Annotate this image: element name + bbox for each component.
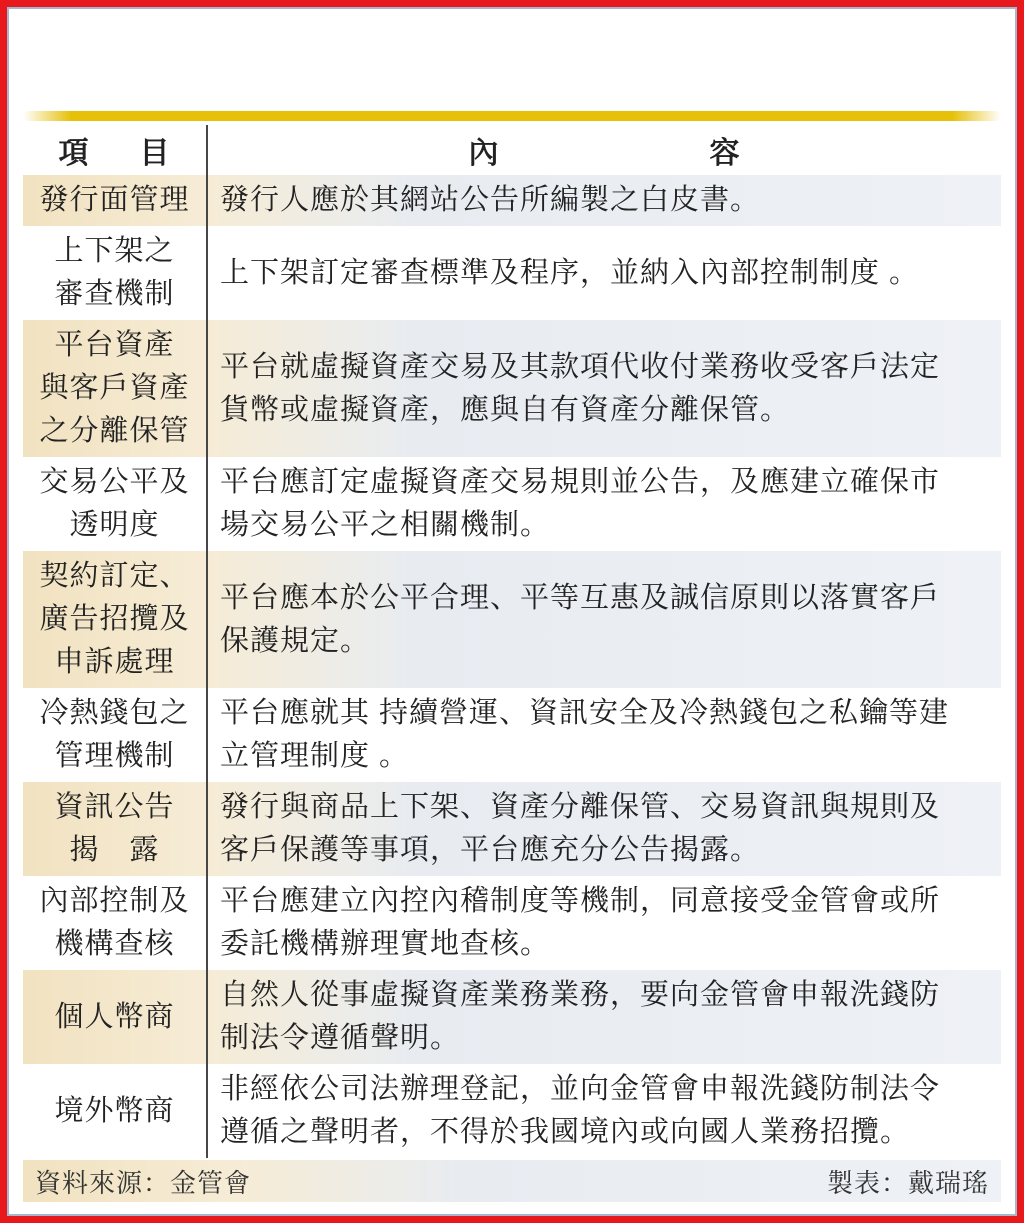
content-line: 發行與商品上下架、資產分離保管、交易資訊與規則及 bbox=[220, 786, 997, 829]
item-line: 機構查核 bbox=[54, 923, 174, 966]
table-footer: 資料來源：金管會 製表：戴瑞瑤 bbox=[23, 1160, 1001, 1202]
content-cell: 上下架訂定審查標準及程序，並納入內部控制制度 。 bbox=[208, 226, 1001, 320]
content-cell: 發行人應於其網站公告所編製之白皮書。 bbox=[208, 175, 1001, 226]
content-line: 制法令遵循聲明。 bbox=[220, 1017, 997, 1060]
item-line: 與客戶資產 bbox=[39, 367, 189, 410]
table-row: 個人幣商 自然人從事虛擬資產業務業務，要向金管會申報洗錢防制法令遵循聲明。 bbox=[23, 970, 1001, 1064]
content-line: 貨幣或虛擬資產，應與自有資產分離保管。 bbox=[220, 389, 997, 432]
item-line: 發行面管理 bbox=[39, 179, 189, 222]
item-cell: 交易公平及透明度 bbox=[23, 457, 208, 551]
item-line: 透明度 bbox=[69, 504, 159, 547]
table-row: 平台資產與客戶資產之分離保管 平台就虛擬資產交易及其款項代收付業務收受客戶法定貨… bbox=[23, 320, 1001, 457]
clipping-frame: 項 目 內 容 發行面管理 發行人應於其網站公告所編製之白皮書。 上下架之審查機… bbox=[0, 0, 1024, 1223]
content-column-header: 內 容 bbox=[208, 125, 1001, 175]
item-cell: 上下架之審查機制 bbox=[23, 226, 208, 320]
table-row: 境外幣商 非經依公司法辦理登記，並向金管會申報洗錢防制法令遵循之聲明者，不得於我… bbox=[23, 1064, 1001, 1158]
content-line: 平台就虛擬資產交易及其款項代收付業務收受客戶法定 bbox=[220, 346, 997, 389]
content-cell: 平台應就其 持續營運、資訊安全及冷熱錢包之私鑰等建立管理制度 。 bbox=[208, 688, 1001, 782]
item-line: 平台資產 bbox=[54, 324, 174, 367]
item-cell: 契約訂定、廣告招攬及申訴處理 bbox=[23, 551, 208, 688]
item-line: 審查機制 bbox=[54, 273, 174, 316]
table-panel: 項 目 內 容 發行面管理 發行人應於其網站公告所編製之白皮書。 上下架之審查機… bbox=[7, 7, 1017, 1216]
item-line: 申訴處理 bbox=[54, 641, 174, 684]
content-line: 平台應本於公平合理、平等互惠及誠信原則以落實客戶 bbox=[220, 577, 997, 620]
item-line: 個人幣商 bbox=[54, 996, 174, 1039]
item-line: 契約訂定、 bbox=[39, 555, 189, 598]
content-line: 場交易公平之相關機制。 bbox=[220, 504, 997, 547]
table-row: 契約訂定、廣告招攬及申訴處理 平台應本於公平合理、平等互惠及誠信原則以落實客戶保… bbox=[23, 551, 1001, 688]
content-cell: 自然人從事虛擬資產業務業務，要向金管會申報洗錢防制法令遵循聲明。 bbox=[208, 970, 1001, 1064]
content-cell: 非經依公司法辦理登記，並向金管會申報洗錢防制法令遵循之聲明者，不得於我國境內或向… bbox=[208, 1064, 1001, 1158]
content-line: 保護規定。 bbox=[220, 620, 997, 663]
table-row: 冷熱錢包之管理機制 平台應就其 持續營運、資訊安全及冷熱錢包之私鑰等建立管理制度… bbox=[23, 688, 1001, 782]
content-line: 平台應就其 持續營運、資訊安全及冷熱錢包之私鑰等建 bbox=[220, 692, 997, 735]
content-cell: 平台應訂定虛擬資產交易規則並公告，及應建立確保市場交易公平之相關機制。 bbox=[208, 457, 1001, 551]
content-line: 委託機構辦理實地查核。 bbox=[220, 923, 997, 966]
top-whitespace bbox=[23, 9, 1001, 111]
source-label: 資料來源：金管會 bbox=[35, 1163, 251, 1200]
content-cell: 發行與商品上下架、資產分離保管、交易資訊與規則及客戶保護等事項，平台應充分公告揭… bbox=[208, 782, 1001, 876]
item-line: 管理機制 bbox=[54, 735, 174, 778]
header-content-char-1: 內 bbox=[469, 128, 500, 172]
content-line: 上下架訂定審查標準及程序，並納入內部控制制度 。 bbox=[220, 252, 997, 295]
table-row: 交易公平及透明度 平台應訂定虛擬資產交易規則並公告，及應建立確保市場交易公平之相… bbox=[23, 457, 1001, 551]
header-item-char-1: 項 bbox=[59, 128, 90, 172]
item-cell: 平台資產與客戶資產之分離保管 bbox=[23, 320, 208, 457]
content-line: 非經依公司法辦理登記，並向金管會申報洗錢防制法令 bbox=[220, 1068, 997, 1111]
regulation-table: 項 目 內 容 發行面管理 發行人應於其網站公告所編製之白皮書。 上下架之審查機… bbox=[23, 125, 1001, 1158]
table-row: 發行面管理 發行人應於其網站公告所編製之白皮書。 bbox=[23, 175, 1001, 226]
item-column-header: 項 目 bbox=[23, 125, 208, 175]
item-cell: 資訊公告揭 露 bbox=[23, 782, 208, 876]
item-cell: 個人幣商 bbox=[23, 970, 208, 1064]
item-line: 交易公平及 bbox=[39, 461, 189, 504]
item-cell: 發行面管理 bbox=[23, 175, 208, 226]
content-line: 平台應建立內控內稽制度等機制，同意接受金管會或所 bbox=[220, 880, 997, 923]
item-line: 冷熱錢包之 bbox=[39, 692, 189, 735]
content-line: 自然人從事虛擬資產業務業務，要向金管會申報洗錢防 bbox=[220, 974, 997, 1017]
credit-label: 製表：戴瑞瑤 bbox=[827, 1163, 989, 1200]
table-header-row: 項 目 內 容 bbox=[23, 125, 1001, 175]
content-line: 立管理制度 。 bbox=[220, 735, 997, 778]
content-line: 平台應訂定虛擬資產交易規則並公告，及應建立確保市 bbox=[220, 461, 997, 504]
item-line: 上下架之 bbox=[54, 230, 174, 273]
table-row: 內部控制及機構查核 平台應建立內控內稽制度等機制，同意接受金管會或所委託機構辦理… bbox=[23, 876, 1001, 970]
item-cell: 冷熱錢包之管理機制 bbox=[23, 688, 208, 782]
header-content-char-2: 容 bbox=[710, 128, 741, 172]
header-item-char-2: 目 bbox=[140, 128, 171, 172]
content-cell: 平台就虛擬資產交易及其款項代收付業務收受客戶法定貨幣或虛擬資產，應與自有資產分離… bbox=[208, 320, 1001, 457]
item-line: 資訊公告 bbox=[54, 786, 174, 829]
table-rows: 發行面管理 發行人應於其網站公告所編製之白皮書。 上下架之審查機制 上下架訂定審… bbox=[23, 175, 1001, 1158]
item-line: 揭 露 bbox=[69, 829, 159, 872]
item-line: 內部控制及 bbox=[39, 880, 189, 923]
content-line: 遵循之聲明者，不得於我國境內或向國人業務招攬。 bbox=[220, 1111, 997, 1154]
table-row: 上下架之審查機制 上下架訂定審查標準及程序，並納入內部控制制度 。 bbox=[23, 226, 1001, 320]
content-line: 客戶保護等事項，平台應充分公告揭露。 bbox=[220, 829, 997, 872]
table-row: 資訊公告揭 露 發行與商品上下架、資產分離保管、交易資訊與規則及客戶保護等事項，… bbox=[23, 782, 1001, 876]
content-cell: 平台應本於公平合理、平等互惠及誠信原則以落實客戶保護規定。 bbox=[208, 551, 1001, 688]
item-cell: 境外幣商 bbox=[23, 1064, 208, 1158]
item-cell: 內部控制及機構查核 bbox=[23, 876, 208, 970]
content-line: 發行人應於其網站公告所編製之白皮書。 bbox=[220, 179, 997, 222]
item-line: 廣告招攬及 bbox=[39, 598, 189, 641]
gold-divider-bar bbox=[23, 111, 1001, 121]
item-line: 之分離保管 bbox=[39, 410, 189, 453]
content-cell: 平台應建立內控內稽制度等機制，同意接受金管會或所委託機構辦理實地查核。 bbox=[208, 876, 1001, 970]
item-line: 境外幣商 bbox=[54, 1090, 174, 1133]
